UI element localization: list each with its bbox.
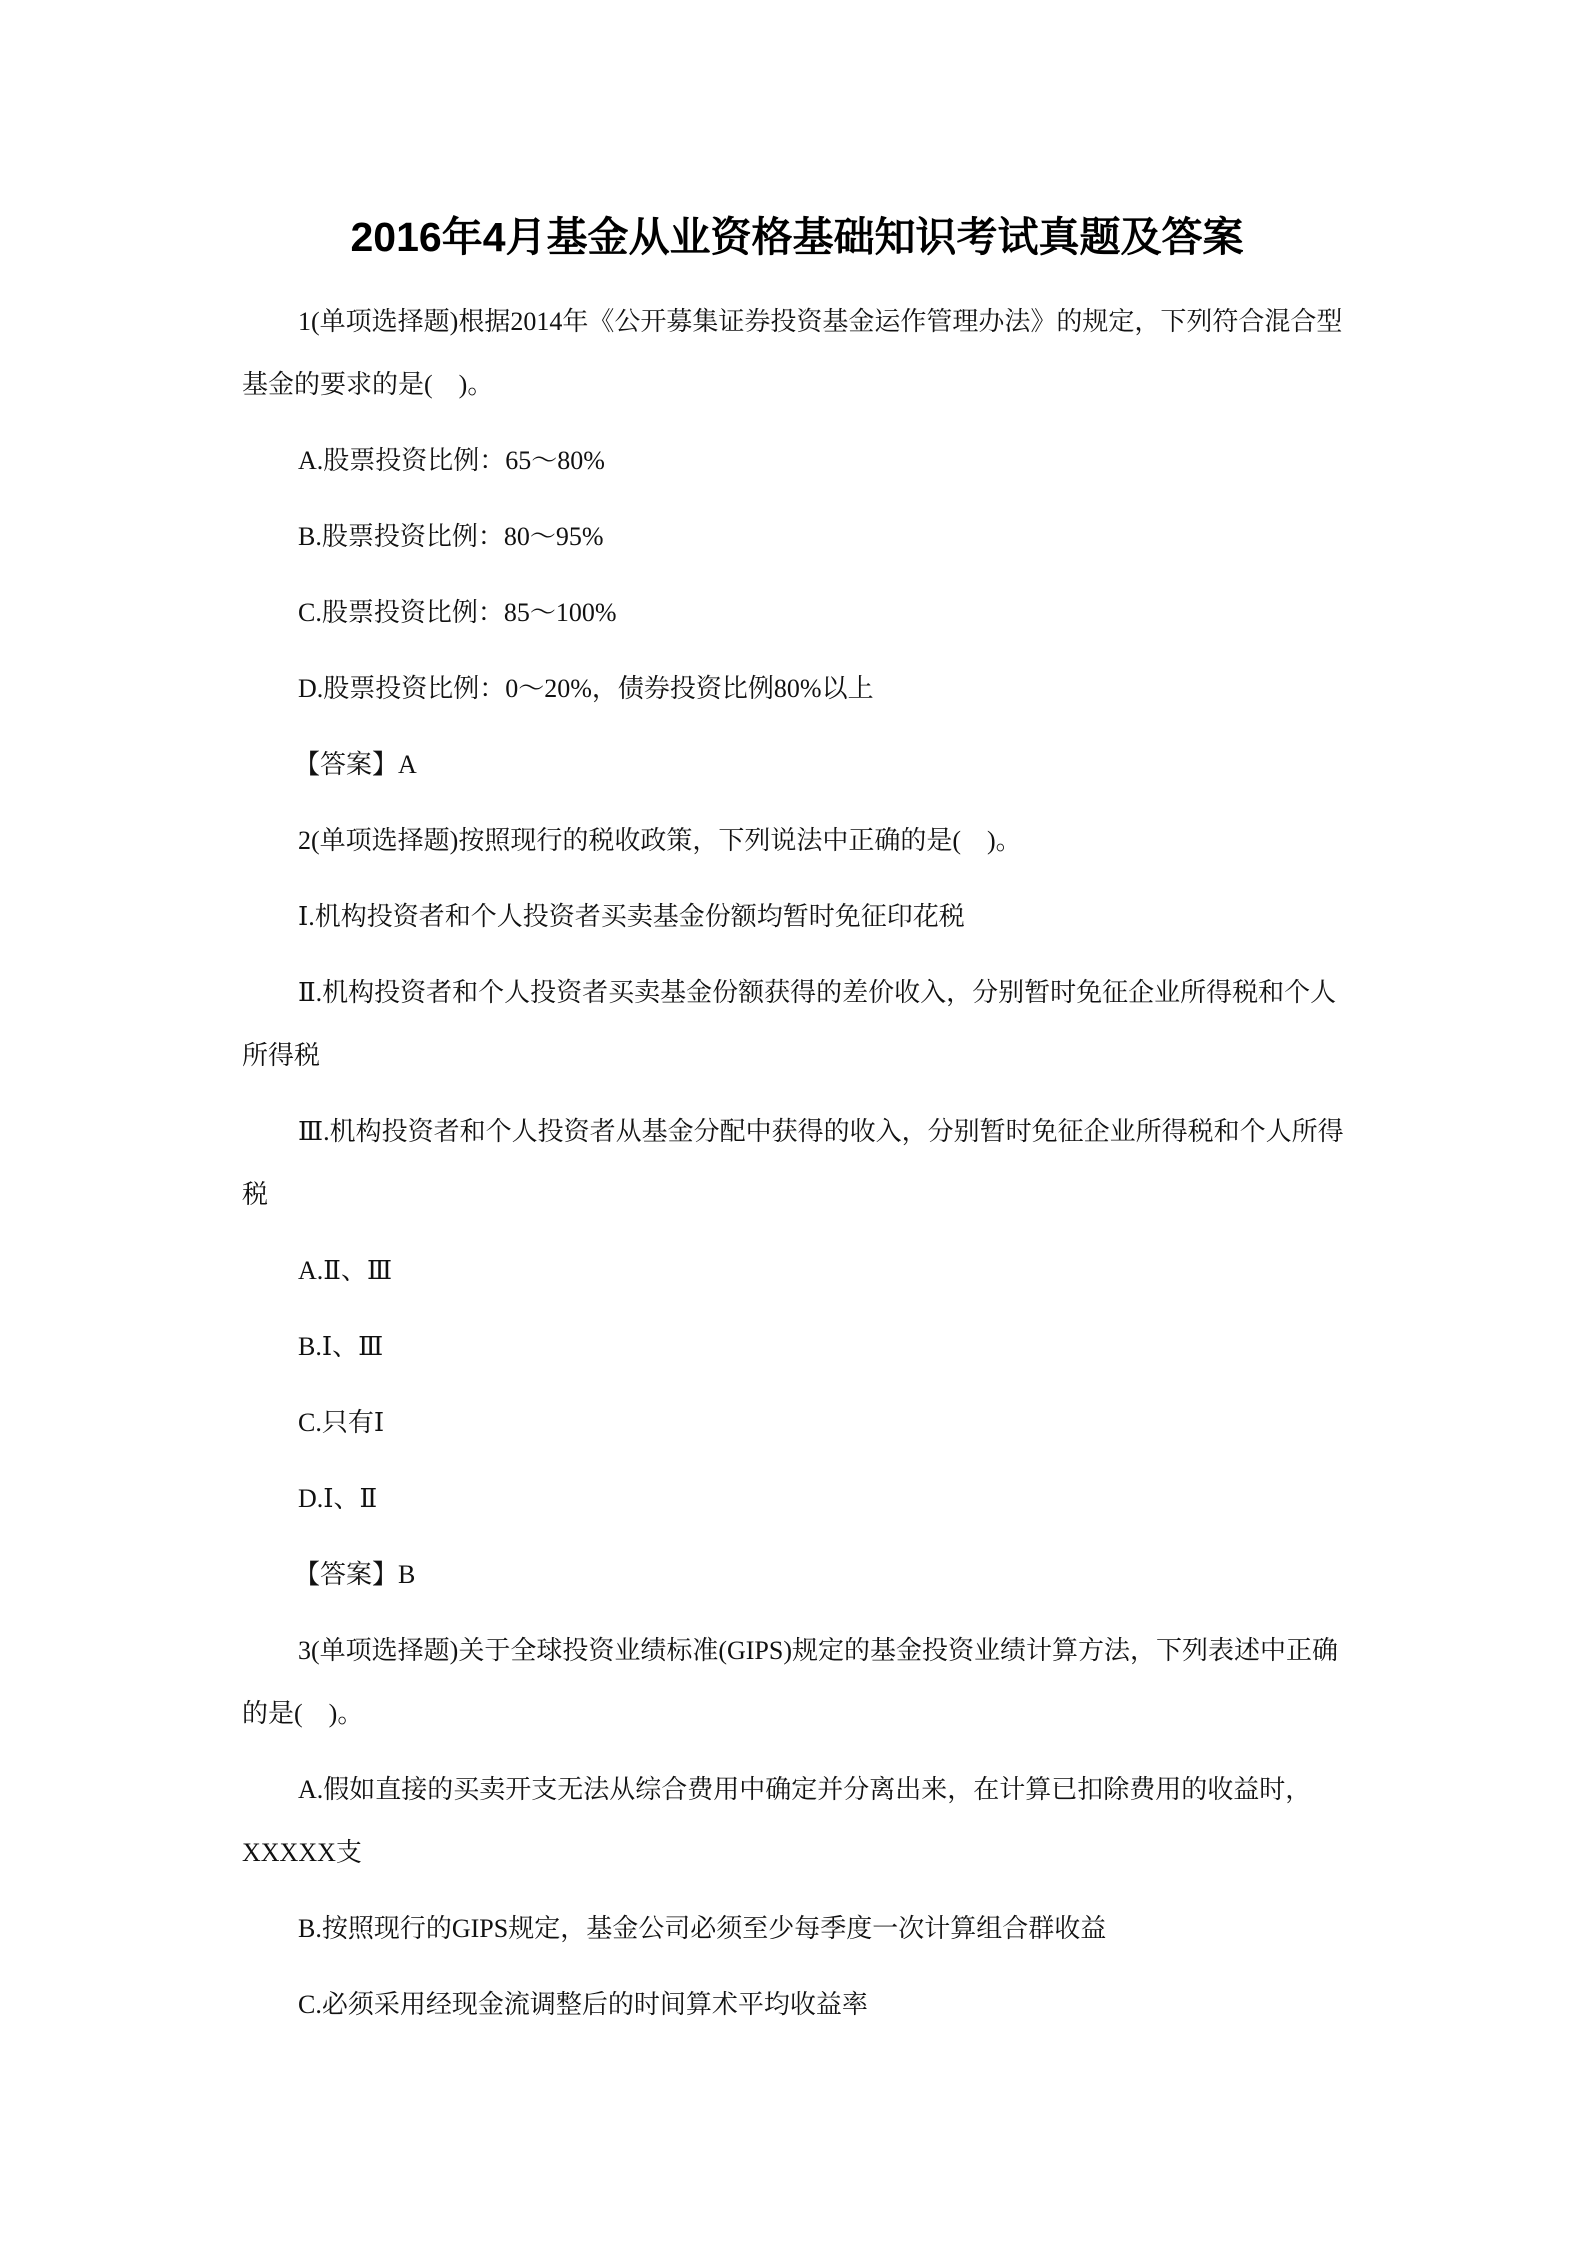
question-2-option-b: B.Ⅰ、Ⅲ [242,1315,1352,1378]
question-2: 2(单项选择题)按照现行的税收政策，下列说法中正确的是( )。 Ⅰ.机构投资者和… [242,809,1352,1606]
question-2-statement-1: Ⅰ.机构投资者和个人投资者买卖基金份额均暂时免征印花税 [242,885,1352,948]
question-3-stem: 3(单项选择题)关于全球投资业绩标准(GIPS)规定的基金投资业绩计算方法，下列… [242,1619,1352,1745]
question-1-option-c: C.股票投资比例：85～100% [242,581,1352,644]
question-1-option-a: A.股票投资比例：65～80% [242,429,1352,492]
question-2-answer: 【答案】B [242,1543,1352,1606]
question-2-statement-2: Ⅱ.机构投资者和个人投资者买卖基金份额获得的差价收入，分别暂时免征企业所得税和个… [242,961,1352,1087]
question-1: 1(单项选择题)根据2014年《公开募集证券投资基金运作管理办法》的规定，下列符… [242,290,1352,796]
question-2-statement-3: Ⅲ.机构投资者和个人投资者从基金分配中获得的收入，分别暂时免征企业所得税和个人所… [242,1100,1352,1226]
question-3-option-b: B.按照现行的GIPS规定，基金公司必须至少每季度一次计算组合群收益 [242,1897,1352,1960]
document-page: 2016年4月基金从业资格基础知识考试真题及答案 1(单项选择题)根据2014年… [242,200,1352,2036]
question-1-option-d: D.股票投资比例：0～20%，债券投资比例80%以上 [242,657,1352,720]
question-2-stem: 2(单项选择题)按照现行的税收政策，下列说法中正确的是( )。 [242,809,1352,872]
question-2-option-c: C.只有Ⅰ [242,1391,1352,1454]
document-title: 2016年4月基金从业资格基础知识考试真题及答案 [242,200,1352,274]
question-2-option-a: A.Ⅱ、Ⅲ [242,1239,1352,1302]
question-1-option-b: B.股票投资比例：80～95% [242,505,1352,568]
question-3-option-c: C.必须采用经现金流调整后的时间算术平均收益率 [242,1973,1352,2036]
question-2-option-d: D.Ⅰ、Ⅱ [242,1467,1352,1530]
question-1-answer: 【答案】A [242,733,1352,796]
question-3: 3(单项选择题)关于全球投资业绩标准(GIPS)规定的基金投资业绩计算方法，下列… [242,1619,1352,2036]
question-1-stem: 1(单项选择题)根据2014年《公开募集证券投资基金运作管理办法》的规定，下列符… [242,290,1352,416]
question-3-option-a: A.假如直接的买卖开支无法从综合费用中确定并分离出来，在计算已扣除费用的收益时，… [242,1758,1352,1884]
